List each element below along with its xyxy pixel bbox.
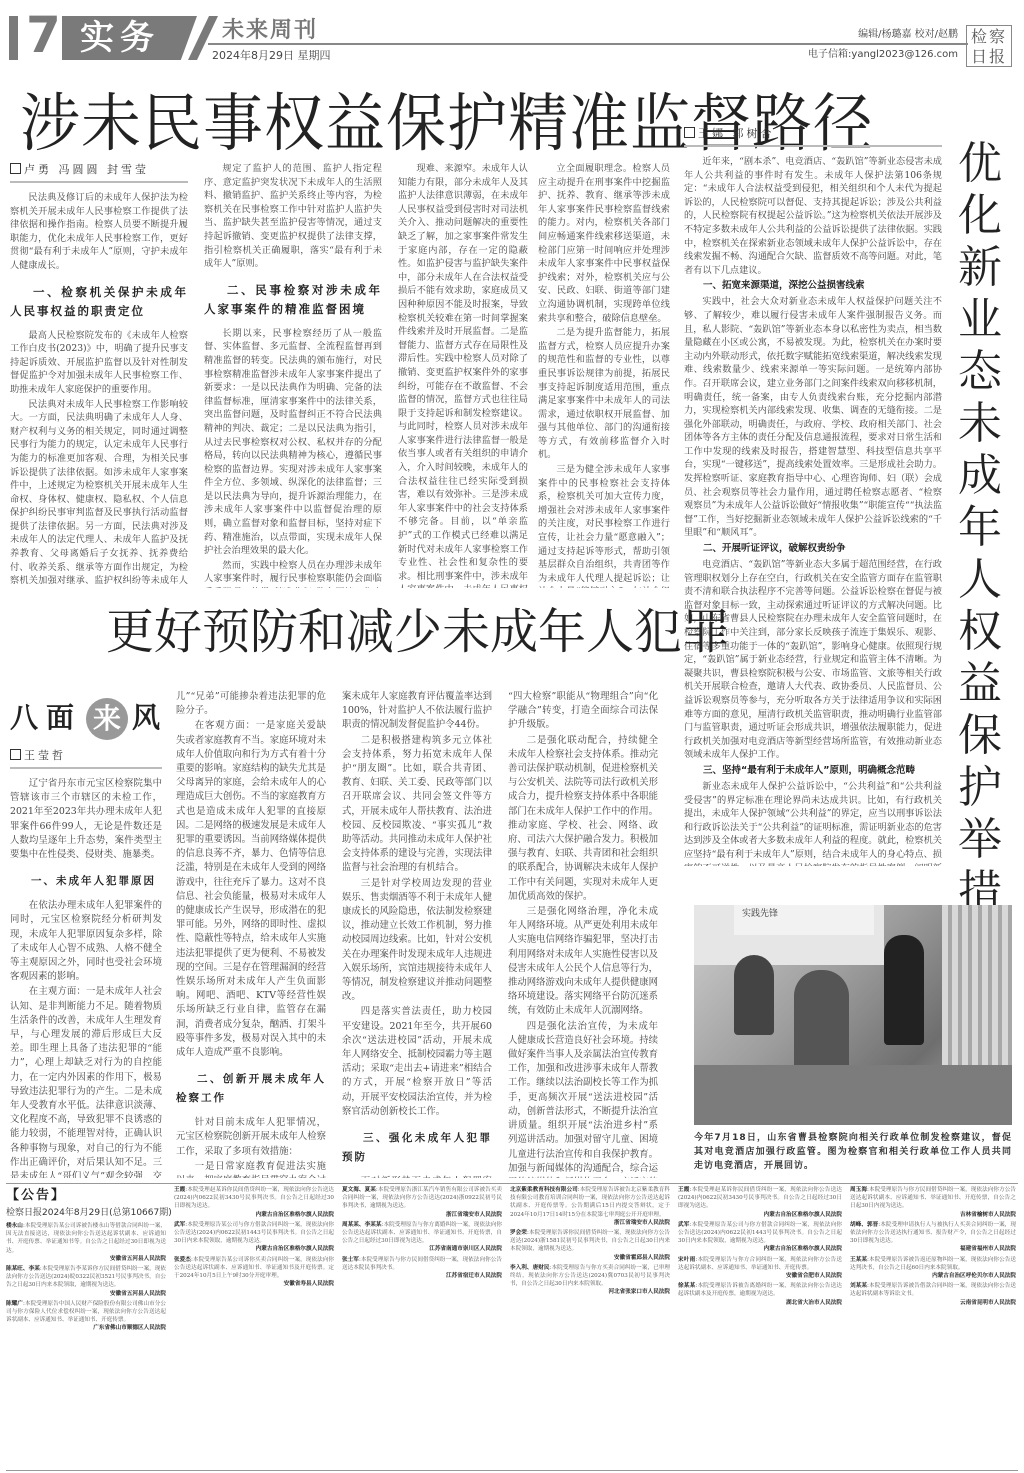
section-label: 实务 (80, 18, 160, 58)
byline-authors: 王莹哲 (24, 749, 66, 762)
paragraph: 民法典对未成年人民事检察工作影响较大。一方面，民法典明确了未成年人人身、财产权利… (10, 398, 188, 588)
notice-party: 胡峰、郭晋 (850, 1222, 878, 1228)
notice-item: 王霞:本院受理赵某诉你民间借贷纠纷一案，现依法向你公告送达(2024)内0622… (678, 1186, 842, 1219)
notice-party: 夏文海、夏某 (342, 1187, 376, 1193)
article1-column-1: 卢勇 冯圆圆 封雪莹 民法典及修订后的未成年人保护法为检察机关开展未成年人民事检… (10, 162, 188, 588)
notice-item: 胡峰、郭晋:本院受理申请执行人与被执行人买卖合同纠纷一案，现依法向你方公告送达执… (850, 1221, 1016, 1254)
notice-text: 本院受理原告诉被告返还原物纠纷一案，现依法向你公告送达判决书，自公告之日起60日… (850, 1257, 1016, 1271)
notice-party: 北京紫柔教育科技有限公司 (510, 1187, 578, 1193)
notices-column-6: 周玉海:本院受理原告与你方民间借贷纠纷一案，现依法向你方公告送达起诉状副本、应诉… (850, 1186, 1016, 1468)
notice-item: 宋叶雨:本院受理原告与你方合同纠纷一案，现依法向你方公告送达起诉状副本、应诉通知… (678, 1256, 842, 1281)
notice-party: 武军 (678, 1222, 690, 1228)
notice-court: 内蒙古自治区准格尔旗人民法院 (174, 1211, 334, 1219)
paragraph: 面对新形势下未成年人犯罪案件数量，元宝区检察院将从以下方面着力，不断做好预防未成… (342, 1175, 492, 1178)
photo-board-sign: 实践先锋 (734, 905, 874, 935)
notice-court: 江苏省宿迁市人民法院 (342, 1272, 502, 1280)
notice-court: 浙江省瑞安市人民法院 (342, 1211, 502, 1219)
notice-text: 本院受理原告与你方民间借贷纠纷一案，现依法向你方公告送达起诉状副本、应诉通知书、… (850, 1187, 1016, 1209)
notice-court: 吉林省榆树市人民法院 (850, 1211, 1016, 1219)
notices-subheader: 检察日报2024年8月29日(总第10667期) (6, 1207, 172, 1219)
editors-credit: 编辑/杨璐嘉 校对/赵鹏 (858, 28, 958, 41)
paragraph: 三是强化网络治理，净化未成年人网络环境。从严更处利用未成年人实施电信网络诈骗犯罪… (508, 905, 658, 1019)
notice-text: 本院受理原告诉被告离婚纠纷一案，现依法向你公告送达起诉状副本及开庭传票，逾期视为… (678, 1283, 842, 1297)
article1-column-3: 现难、来源窄。未成年人认知能力有限，部分未成年人及其监护人法律意识薄弱，在未成年… (398, 162, 528, 588)
paragraph: 最高人民检察院发布的《未成年人检察工作白皮书(2023)》中，明确了提升民事支持… (10, 329, 188, 397)
news-photo: 实践先锋 (694, 905, 1012, 1125)
issue-date: 2024年8月29日 星期四 (212, 49, 331, 63)
notice-party: 李入利、唐财民 (510, 1265, 550, 1271)
notice-item: 王某某:本院受理原告诉被告返还原物纠纷一案，现依法向你公告送达判决书，自公告之日… (850, 1256, 1016, 1281)
notice-item: 北京紫柔教育科技有限公司:本院受理原告诉被告北京紫柔教育科技有限公司教育培训合同… (510, 1186, 670, 1227)
masthead: 7 实务 未来周刊 2024年8月29日 星期四 编辑/杨璐嘉 校对/赵鹏 电子… (0, 0, 1024, 70)
paragraph: 规定了监护人的范围、监护人指定程序、意定监护突发状况下未成年人的生活照料、撤销监… (204, 162, 382, 271)
notice-court: 安徽省合肥市人民法院 (678, 1272, 842, 1280)
paragraph: 实践中，社会大众对新业态未成年人权益保护问题关注不够、了解较少，难以履行侵害未成… (684, 295, 942, 540)
byline-box-icon (10, 163, 21, 174)
column-logo-char: 八 (10, 698, 38, 738)
notice-party: 王某某 (850, 1257, 867, 1263)
notice-item: 武军:本院受理原告某公司与你方借款合同纠纷一案，现依法向你公告送达(2024)内… (174, 1221, 334, 1254)
notice-item: 武军:本院受理原告某公司与你方借款合同纠纷一案，现依法向你公告送达(2024)内… (678, 1221, 842, 1254)
photo-person (794, 970, 849, 1070)
paragraph: 新业态未成年人保护公益诉讼中，“公共利益”和“公共利益受侵害”的界定标准在理论界… (684, 780, 942, 866)
notice-party: 周某某、李某某 (342, 1222, 382, 1228)
notice-party: 武军 (174, 1222, 185, 1228)
notice-court: 河北省张家口市人民法院 (510, 1288, 670, 1296)
paragraph: 儿”“兄弟”可能掺杂着违法犯罪的危险分子。 (176, 690, 326, 718)
notice-text: 本院受理原告某公司与你方借款合同纠纷一案，现依法向你公告送达(2024)内062… (678, 1222, 842, 1244)
paragraph: 四是落实普法责任，助力校园平安建设。2021年至今，共开展60余次“送法进校园”… (342, 1005, 492, 1119)
notices-header: 【公告】 (6, 1187, 92, 1205)
article3-column-3: 案未成年人家庭教育评估覆盖率达到100%，针对监护人不依法履行监护职责的情况制发… (342, 690, 492, 1178)
notice-text: 本院受理原告某公司诉你买卖合同纠纷一案，现依法向你公告送达起诉状副本、应诉通知书… (174, 1257, 334, 1279)
article1-intro: 民法典及修订后的未成年人保护法为检察机关开展未成年人民事检察工作提供了法律依据和… (10, 191, 188, 273)
photo-caption: 今年7月18日，山东省曹县检察院向相关行政单位制发检察建议，督促其对电竞酒店加强… (694, 1131, 1012, 1173)
notice-item: 陈耀广:本院受理原告中国人民财产保险股份有限公司佛山市分公司与你方保险人代位求偿… (6, 1300, 166, 1333)
notice-court: 内蒙古自治区准格尔旗人民法院 (678, 1211, 842, 1219)
notice-court: 安徽省五河县人民法院 (6, 1255, 166, 1263)
article1-byline: 卢勇 冯圆圆 封雪莹 (10, 162, 188, 183)
column-logo-char: 面 (46, 698, 74, 738)
article2-section3-title: 三、坚持“最有利于未成年人”原则，明确概念范畴 (684, 764, 942, 778)
paragraph: 针对目前未成年人犯罪情况，元宝区检察院创新开展未成年人检察工作，采取了多项有效措… (176, 1116, 326, 1159)
notices-column-3: 夏文海、夏某:本院受理原告浙江某汽车销售有限公司诉被告买卖合同纠纷一案，现依法向… (342, 1186, 502, 1468)
notice-court: 内蒙古自治区呼伦贝尔市人民法院 (850, 1272, 1016, 1280)
article3-column-4: “四大检察”职能从“物理组合”向“化学融合”转变，打造全面综合司法保护升级版。 … (508, 690, 658, 1178)
notice-party: 王霞 (678, 1187, 690, 1193)
article3-headline: 更好预防和减少未成年人犯罪 (106, 600, 730, 664)
article3-section1-title: 一、未成年人犯罪原因 (10, 872, 162, 891)
supplement-name: 未来周刊 (222, 18, 318, 44)
notice-court: 福建省福州市人民法院 (850, 1245, 1016, 1253)
article3-section2-title: 二、创新开展未成年人检察工作 (176, 1070, 326, 1108)
notice-court: 广东省佛山市顺德区人民法院 (6, 1324, 166, 1332)
article1-section2-title: 二、民事检察对涉未成年人家事案件的精准监督困境 (204, 281, 382, 319)
paragraph: 三是针对学校周边发现的营业娱乐、售卖烟酒等不利于未成年人健康成长的风险隐患，依法… (342, 877, 492, 1005)
article3-column-1: 王莹哲 辽宁省丹东市元宝区检察院集中管辖该市三个市辖区的未检工作，2021年至2… (10, 748, 162, 1178)
notice-party: 罗会荣 (510, 1230, 527, 1236)
article3-intro: 辽宁省丹东市元宝区检察院集中管辖该市三个市辖区的未检工作，2021年至2023年… (10, 777, 162, 862)
notices-column-1: 楼永山:本院受理原告某公司诉被告楼永山等借款合同纠纷一案，因无法直接送达，现依法… (6, 1222, 166, 1468)
paragraph: 四是强化法治宣传，为未成年人健康成长营造良好社会环境。持续做好案件当事人及亲属法… (508, 1020, 658, 1178)
notice-item: 楼永山:本院受理原告某公司诉被告楼永山等借款合同纠纷一案，因无法直接送达，现依法… (6, 1222, 166, 1263)
notice-party: 楼永山 (6, 1223, 23, 1229)
paragraph: 在客观方面：一是家庭关爱缺失或者家庭教育不当。家庭环境对未成年人价值取向和行为方… (176, 719, 326, 1060)
notice-party: 刘某某 (850, 1283, 867, 1289)
section-tag: 实务 (62, 16, 197, 60)
notice-court: 安徽省寿县人民法院 (174, 1280, 334, 1288)
notice-text: 本院受理原告与你方民间借贷纠纷一案，现依法向你公告送达本院民事判决书。 (342, 1257, 502, 1271)
notice-court: 浙江省瑞安市人民法院 (510, 1219, 670, 1227)
notice-court: 湖北省大冶市人民法院 (678, 1299, 842, 1307)
column-logo-char: 风 (132, 698, 160, 738)
paragraph: 在依法办理未成年人犯罪案件的同时，元宝区检察院经分析研判发现，未成年人犯罪原因复… (10, 899, 162, 984)
notice-party: 徐某某 (678, 1283, 695, 1289)
article2-byline: 王娜 郭树合 (684, 126, 942, 147)
byline-box-icon (684, 127, 695, 138)
column-logo-bamian-laifeng: 八 面 来 风 (10, 698, 160, 740)
paragraph: 二是强化联动配合，持续健全未成年人检察社会支持体系。推动完善司法保护联动机制，促… (508, 734, 658, 904)
notice-item: 周玉海:本院受理原告与你方民间借贷纠纷一案，现依法向你方公告送达起诉状副本、应诉… (850, 1186, 1016, 1219)
paragraph: 案未成年人家庭教育评估覆盖率达到100%，针对监护人不依法履行监护职责的情况制发… (342, 690, 492, 733)
paragraph: 现难、来源窄。未成年人认知能力有限，部分未成年人及其监护人法律意识薄弱，在未成年… (398, 162, 528, 588)
notice-party: 宋叶雨 (678, 1257, 695, 1263)
notice-item: 罗会荣:本院受理原告诉你民间借贷纠纷一案，现依法向你方公告送达(2024)浙15… (510, 1229, 670, 1262)
article3-section3-title: 三、强化未成年人犯罪预防 (342, 1129, 492, 1167)
newspaper-logo: 检察日报 (966, 25, 1012, 67)
notice-item: 张士军:本院受理原告与你方民间借贷纠纷一案，现依法向你公告送达本院民事判决书。江… (342, 1256, 502, 1281)
notice-court: 安徽省霍邱县人民法院 (510, 1254, 670, 1262)
notice-text: 本院受理原告诉被告借款合同纠纷一案，现依法向你公告送达起诉状副本等诉讼文书。 (850, 1283, 1016, 1297)
column-logo-circle: 来 (86, 698, 128, 740)
article2-body: 王娜 郭树合 近年来，“剧本杀”、电竞酒店、“轰趴馆”等新业态侵害未成年人公共利… (684, 126, 942, 866)
editor-email: 电子信箱:yangl2023@126.com (808, 48, 958, 61)
article2-section2-title: 二、开展听证评议，破解权责纷争 (684, 542, 942, 556)
article2-section1-title: 一、拓宽来源渠道，深挖公益损害线索 (684, 279, 942, 293)
page-number: 7 (26, 10, 61, 60)
paragraph: 长期以来，民事检察经历了从一般监督、实体监督、多元监督、全流程监督再到精准监督的… (204, 327, 382, 558)
notice-item: 徐某某:本院受理原告诉被告离婚纠纷一案，现依法向你公告送达起诉状副本及开庭传票，… (678, 1282, 842, 1307)
byline-authors: 王娜 郭树合 (698, 127, 775, 140)
notice-text: 本院受理原告与你方合同纠纷一案，现依法向你方公告送达起诉状副本、应诉通知书、举证… (678, 1257, 842, 1271)
byline-box-icon (10, 749, 21, 760)
notice-item: 周某某、李某某:本院受理原告与你方离婚纠纷一案，现依法向你公告送达起诉状副本、应… (342, 1221, 502, 1254)
notice-item: 陈某旺、李某:本院受理原告李某诉你方民间借贷纠纷一案，现依法向你方公告送达(20… (6, 1265, 166, 1298)
notice-item: 张爱杰:本院受理原告某公司诉你买卖合同纠纷一案，现依法向你公告送达起诉状副本、应… (174, 1256, 334, 1289)
photo-person (734, 955, 774, 1035)
article1-section1-title: 一、检察机关保护未成年人民事权益的职责定位 (10, 283, 188, 321)
article3-byline: 王莹哲 (10, 748, 162, 769)
notice-item: 王霞:本院受理赵某诉你民间借贷纠纷一案，现依法向你公告送达(2024)内0622… (174, 1186, 334, 1219)
notice-item: 夏文海、夏某:本院受理原告浙江某汽车销售有限公司诉被告买卖合同纠纷一案，现依法向… (342, 1186, 502, 1219)
column-logo-char: 来 (93, 699, 121, 739)
photo-desk (694, 1065, 1012, 1125)
notice-party: 周玉海 (850, 1187, 867, 1193)
article2-headline-vertical: 优化新业态未成年人权益保护举措 (952, 138, 1008, 918)
photo-person (884, 935, 924, 1045)
notice-party: 陈某旺、李某 (6, 1266, 40, 1272)
notice-party: 张士军 (342, 1257, 359, 1263)
article2-intro: 近年来，“剧本杀”、电竞酒店、“轰趴馆”等新业态侵害未成年人公共利益的事件时有发… (684, 155, 942, 277)
notice-party: 陈耀广 (6, 1301, 23, 1307)
paragraph: 立全面履职理念。检察人员应主动提升在刑事案件中挖掘监护、抚养、教育、继承等涉未成… (538, 162, 670, 325)
paragraph: 二是为提升监督能力，拓展监督方式，检察人员应提升办案的规范性和监督的专业性，以尊… (538, 326, 670, 462)
notice-party: 王霞 (174, 1187, 185, 1193)
notice-text: 本院受理原告某公司与你方借款合同纠纷一案，现依法向你公告送达(2024)内062… (174, 1222, 334, 1244)
notice-party: 张爱杰 (174, 1257, 191, 1263)
article1-column-4: 立全面履职理念。检察人员应主动提升在刑事案件中挖掘监护、抚养、教育、继承等涉未成… (538, 162, 670, 588)
paragraph: 一是日常家庭教育促进法实施以来，把家庭教育指导贯穿办案全过程，督促和引导“问题家… (176, 1160, 326, 1178)
notice-text: 本院受理原告诉你民间借贷纠纷一案，现依法向你方公告送达(2024)浙1581民初… (510, 1230, 670, 1252)
notice-court: 安徽省五河县人民法院 (6, 1290, 166, 1298)
notice-court: 内蒙古自治区准格尔旗人民法院 (174, 1245, 334, 1253)
notice-text: 本院受理赵某诉你民间借贷纠纷一案，现依法向你公告送达(2024)内0622民初3… (174, 1187, 334, 1209)
paragraph: 二是积极搭建构筑多元立体社会支持体系，努力拓宽未成年人保护“朋友圈”。比如，联合… (342, 734, 492, 876)
notice-court: 云南省昆明市人民法院 (850, 1299, 1016, 1307)
header-rule (208, 43, 968, 45)
notices-column-5: 王霞:本院受理赵某诉你民间借贷纠纷一案，现依法向你公告送达(2024)内0622… (678, 1186, 842, 1468)
article3-column-2: 儿”“兄弟”可能掺杂着违法犯罪的危险分子。 在客观方面：一是家庭关爱缺失或者家庭… (176, 690, 326, 1178)
paragraph: 三是为健全涉未成年人家事案件中的民事检察社会支持体系，检察机关可加大宣传力度，增… (538, 463, 670, 588)
notice-text: 本院受理原告中国人民财产保险股份有限公司佛山市分公司与你方保险人代位求偿权纠纷一… (6, 1301, 166, 1323)
notices-column-4: 北京紫柔教育科技有限公司:本院受理原告诉被告北京紫柔教育科技有限公司教育培训合同… (510, 1186, 670, 1468)
paragraph: 在主观方面：一是未成年人社会认知、是非判断能力不足。随着物质生活条件的改善，未成… (10, 985, 162, 1178)
paragraph: “四大检察”职能从“物理组合”向“化学融合”转变，打造全面综合司法保护升级版。 (508, 690, 658, 733)
notices-column-2: 王霞:本院受理赵某诉你民间借贷纠纷一案，现依法向你公告送达(2024)内0622… (174, 1186, 334, 1468)
notice-item: 刘某某:本院受理原告诉被告借款合同纠纷一案，现依法向你公告送达起诉状副本等诉讼文… (850, 1282, 1016, 1307)
article1-column-2: 规定了监护人的范围、监护人指定程序、意定监护突发状况下未成年人的生活照料、撤销监… (204, 162, 382, 588)
notice-court: 江苏省南通市崇川区人民法院 (342, 1245, 502, 1253)
paragraph: 然而，实践中检察人员在办理涉未成年人家事案件时，履行民事检察职能仍会面临重重阻碍… (204, 559, 382, 588)
byline-authors: 卢勇 冯圆圆 封雪莹 (24, 163, 149, 176)
notice-text: 本院受理原告某公司诉被告楼永山等借款合同纠纷一案，因无法直接送达，现依法向你公告… (6, 1223, 166, 1254)
notice-text: 本院受理赵某诉你民间借贷纠纷一案，现依法向你公告送达(2024)内0622民初3… (678, 1187, 842, 1209)
notice-item: 李入利、唐财民:本院受理原告与你方买卖合同纠纷一案，已审理终结，现依法向你方公告… (510, 1264, 670, 1297)
page-number-bar (9, 16, 18, 60)
notice-court: 内蒙古自治区准格尔旗人民法院 (678, 1245, 842, 1253)
